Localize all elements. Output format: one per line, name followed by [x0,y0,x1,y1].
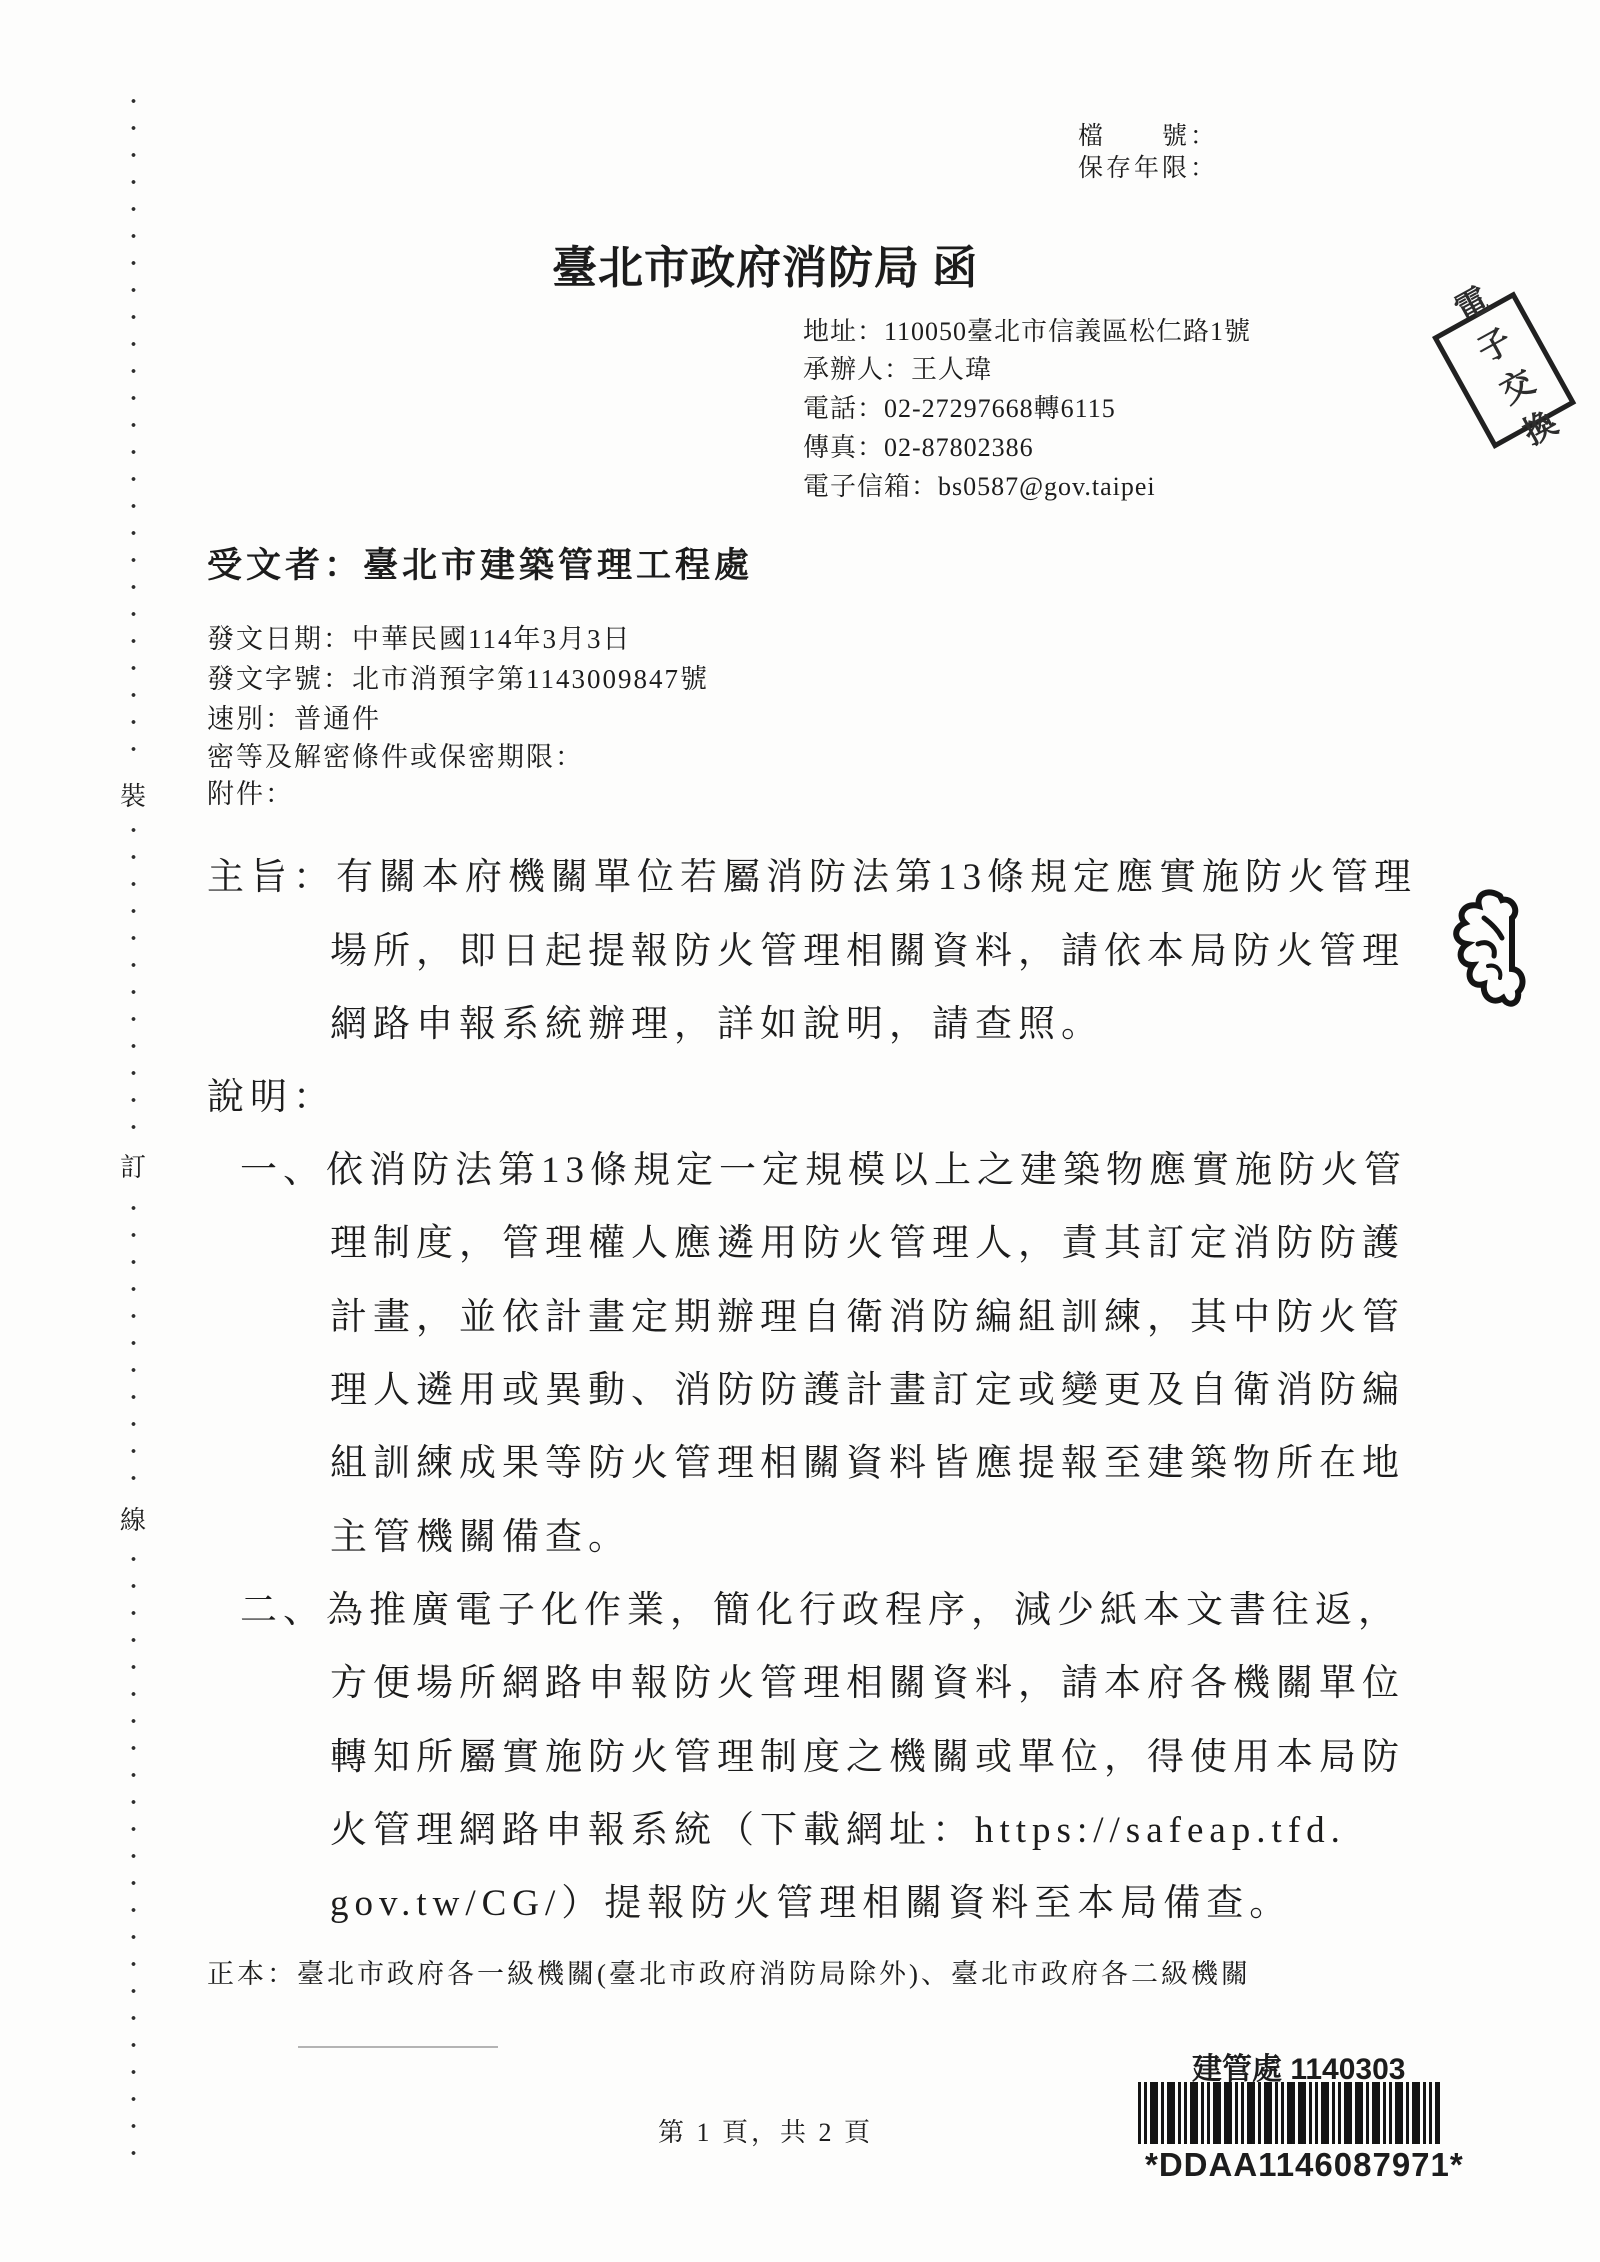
scan-artifact-line [298,2046,498,2048]
subject-line: 場所，即日起提報防火管理相關資料，請依本局防火管理 [330,920,1405,974]
speed-line: 速別：普通件 [207,697,381,736]
subject-line: 主旨：有關本府機關單位若屬消防法第13條規定應實施防火管理 [207,846,1417,900]
contact-phone: 電話：02-27297668轉6115 [803,388,1116,425]
binding-mark-ding: 訂 [116,1143,150,1188]
page-number: 第 1 頁，共 2 頁 [658,2112,873,2149]
electronic-exchange-stamp-text: 電子交換 [1438,275,1571,466]
document-title: 臺北市政府消防局 函 [552,231,978,296]
retention-period-label: 保存年限： [1078,148,1218,184]
explanation-item1-line: 理制度，管理權人應遴用防火管理人，責其訂定消防防護 [330,1212,1405,1266]
explanation-item1-line: 一、依消防法第13條規定一定規模以上之建築物應實施防火管 [240,1139,1407,1193]
file-number-label: 檔 號： [1078,116,1218,152]
partial-seal-stamp [1444,884,1536,1034]
attachment-line: 附件： [207,772,294,811]
barcode [1138,2082,1440,2144]
explanation-item2-line: 火管理網路申報系統（下載網址：https://safeap.tfd. [330,1799,1346,1853]
subject-line: 網路申報系統辦理，詳如說明，請查照。 [330,993,1104,1047]
explanation-item2-line: 二、為推廣電子化作業，簡化行政程序，減少紙本文書往返， [240,1579,1401,1633]
binding-mark-zhuang: 裝 [116,772,150,817]
explanation-item2-line: 方便場所網路申報防火管理相關資料，請本府各機關單位 [330,1652,1405,1706]
explanation-item1-line: 組訓練成果等防火管理相關資料皆應提報至建築物所在地 [330,1432,1405,1486]
contact-fax: 傳真：02-87802386 [803,427,1034,464]
explanation-item2-line: gov.tw/CG/）提報防火管理相關資料至本局備查。 [330,1872,1292,1926]
barcode-code-text: *DDAA1146087971* [1145,2146,1464,2184]
contact-email: 電子信箱：bs0587@gov.taipei [803,466,1156,503]
contact-address: 地址：110050臺北市信義區松仁路1號 [803,311,1251,348]
explanation-heading: 說明： [207,1066,336,1120]
explanation-item1-line: 理人遴用或異動、消防防護計畫訂定或變更及自衛消防編 [330,1359,1405,1413]
security-line: 密等及解密條件或保密期限： [207,735,584,774]
electronic-exchange-stamp: 電子交換 [1432,291,1576,449]
issue-date-line: 發文日期：中華民國114年3月3日 [207,617,632,656]
doc-number-line: 發文字號：北市消預字第1143009847號 [207,657,709,696]
recipient-line: 受文者：臺北市建築管理工程處 [207,538,753,588]
explanation-item1-line: 計畫，並依計畫定期辦理自衛消防編組訓練，其中防火管 [330,1286,1405,1340]
explanation-item1-line: 主管機關備查。 [330,1506,631,1560]
explanation-item2-line: 轉知所屬實施防火管理制度之機關或單位，得使用本局防 [330,1726,1405,1780]
binding-dotted-line [131,98,136,2162]
binding-mark-xian: 線 [116,1496,150,1541]
contact-person: 承辦人：王人瑋 [803,349,992,386]
copy-recipients-line: 正本：臺北市政府各一級機關(臺北市政府消防局除外)、臺北市政府各二級機關 [207,1952,1251,1991]
scanned-official-letter: 檔 號： 保存年限： 臺北市政府消防局 函 地址：110050臺北市信義區松仁路… [0,0,1600,2262]
